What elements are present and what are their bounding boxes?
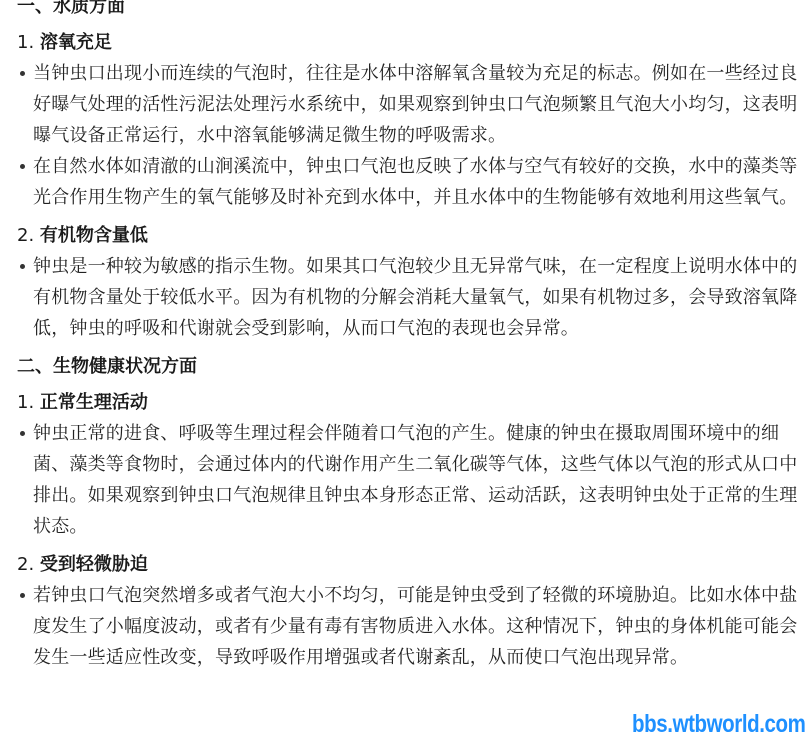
bullet-text: 钟虫正常的进食、呼吸等生理过程会伴随着口气泡的产生。健康的钟虫在摄取周围环境中的… [33, 423, 797, 537]
item-heading-normal-physiology: 1. 正常生理活动 [17, 388, 807, 418]
item-title: 溶氧充足 [40, 32, 112, 53]
watermark: bbs.wtbworld.com [632, 710, 805, 739]
item-number: 1. [17, 392, 34, 413]
bullet-text: 当钟虫口出现小而连续的气泡时，往往是水体中溶解氧含量较为充足的标志。例如在一些经… [33, 63, 797, 146]
bullet-list: 当钟虫口出现小而连续的气泡时，往往是水体中溶解氧含量较为充足的标志。例如在一些经… [17, 58, 807, 213]
list-item: 在自然水体如清澈的山涧溪流中，钟虫口气泡也反映了水体与空气有较好的交换，水中的藻… [33, 151, 807, 213]
section-heading-water-quality: 一、水质方面 [17, 0, 807, 22]
bullet-list: 若钟虫口气泡突然增多或者气泡大小不均匀，可能是钟虫受到了轻微的环境胁迫。比如水体… [17, 580, 807, 673]
item-title: 正常生理活动 [40, 392, 148, 413]
list-item: 钟虫是一种较为敏感的指示生物。如果其口气泡较少且无异常气味，在一定程度上说明水体… [33, 251, 807, 344]
section-heading-bio-health: 二、生物健康状况方面 [17, 352, 807, 382]
item-number: 1. [17, 32, 34, 53]
list-item: 若钟虫口气泡突然增多或者气泡大小不均匀，可能是钟虫受到了轻微的环境胁迫。比如水体… [33, 580, 807, 673]
list-item: 当钟虫口出现小而连续的气泡时，往往是水体中溶解氧含量较为充足的标志。例如在一些经… [33, 58, 807, 151]
list-item: 钟虫正常的进食、呼吸等生理过程会伴随着口气泡的产生。健康的钟虫在摄取周围环境中的… [33, 418, 807, 542]
bullet-text: 在自然水体如清澈的山涧溪流中，钟虫口气泡也反映了水体与空气有较好的交换，水中的藻… [33, 156, 797, 208]
item-heading-mild-stress: 2. 受到轻微胁迫 [17, 550, 807, 580]
bullet-icon [20, 71, 25, 76]
item-title: 有机物含量低 [40, 225, 148, 246]
bullet-icon [20, 431, 25, 436]
bullet-icon [20, 164, 25, 169]
bullet-icon [20, 593, 25, 598]
bullet-text: 钟虫是一种较为敏感的指示生物。如果其口气泡较少且无异常气味，在一定程度上说明水体… [33, 256, 797, 339]
bullet-list: 钟虫正常的进食、呼吸等生理过程会伴随着口气泡的产生。健康的钟虫在摄取周围环境中的… [17, 418, 807, 542]
item-number: 2. [17, 225, 34, 246]
item-title: 受到轻微胁迫 [40, 554, 148, 575]
bullet-text: 若钟虫口气泡突然增多或者气泡大小不均匀，可能是钟虫受到了轻微的环境胁迫。比如水体… [33, 585, 797, 668]
item-heading-dissolved-oxygen: 1. 溶氧充足 [17, 28, 807, 58]
bullet-list: 钟虫是一种较为敏感的指示生物。如果其口气泡较少且无异常气味，在一定程度上说明水体… [17, 251, 807, 344]
bullet-icon [20, 264, 25, 269]
document-body: 一、水质方面 1. 溶氧充足 当钟虫口出现小而连续的气泡时，往往是水体中溶解氧含… [17, 0, 807, 681]
item-heading-low-organic: 2. 有机物含量低 [17, 221, 807, 251]
item-number: 2. [17, 554, 34, 575]
